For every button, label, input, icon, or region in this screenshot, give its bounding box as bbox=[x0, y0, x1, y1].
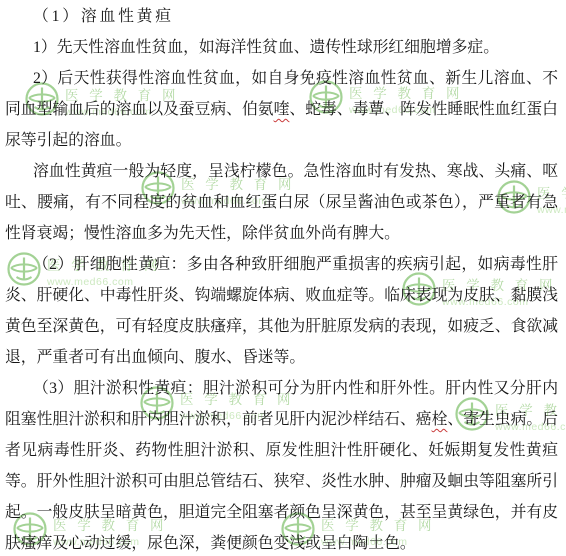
paragraph-heading-hemolytic-jaundice: （1）溶血性黄疸 bbox=[5, 1, 558, 32]
paragraph-text: （2）肝细胞性黄疸：多由各种致肝细胞严重损害的疾病引起，如病毒性肝炎、肝硬化、中… bbox=[5, 256, 558, 366]
paragraph-hemolytic-jaundice-features: 溶血性黄疸一般为轻度，呈浅柠檬色。急性溶血时有发热、寒战、头痛、呕吐、腰痛，有不… bbox=[5, 156, 558, 249]
spellcheck-squiggle-text: 栓 bbox=[432, 411, 448, 428]
paragraph-text: 1）先天性溶血性贫血，如海洋性贫血、遗传性球形红细胞增多症。 bbox=[33, 39, 499, 56]
document-text: （1）溶血性黄疸 1）先天性溶血性贫血，如海洋性贫血、遗传性球形红细胞增多症。 … bbox=[0, 0, 566, 556]
paragraph-text: （1）溶血性黄疸 bbox=[33, 8, 174, 25]
paragraph-acquired-hemolytic-anemia: 2）后天性获得性溶血性贫血，如自身免疫性溶血性贫血、新生儿溶血、不同血型输血后的… bbox=[5, 63, 558, 156]
paragraph-cholestatic-jaundice: （3）胆汁淤积性黄疸：胆汁淤积可分为肝内性和肝外性。肝内性又分肝内阻塞性胆汁淤积… bbox=[5, 373, 558, 556]
paragraph-hepatocellular-jaundice: （2）肝细胞性黄疸：多由各种致肝细胞严重损害的疾病引起，如病毒性肝炎、肝硬化、中… bbox=[5, 249, 558, 373]
document-page: 医 学 教 育 网www.med66.com 医 学 教 育 网www.med6… bbox=[0, 0, 566, 556]
paragraph-text: 、寄生虫病。后者见病毒性肝炎、药物性胆汁淤积、原发性胆汁性肝硬化、妊娠期复发性黄… bbox=[5, 411, 558, 552]
paragraph-text: 溶血性黄疸一般为轻度，呈浅柠檬色。急性溶血时有发热、寒战、头痛、呕吐、腰痛，有不… bbox=[5, 163, 558, 242]
spellcheck-squiggle-text: 喹 bbox=[274, 101, 290, 118]
paragraph-congenital-hemolytic-anemia: 1）先天性溶血性贫血，如海洋性贫血、遗传性球形红细胞增多症。 bbox=[5, 32, 558, 63]
